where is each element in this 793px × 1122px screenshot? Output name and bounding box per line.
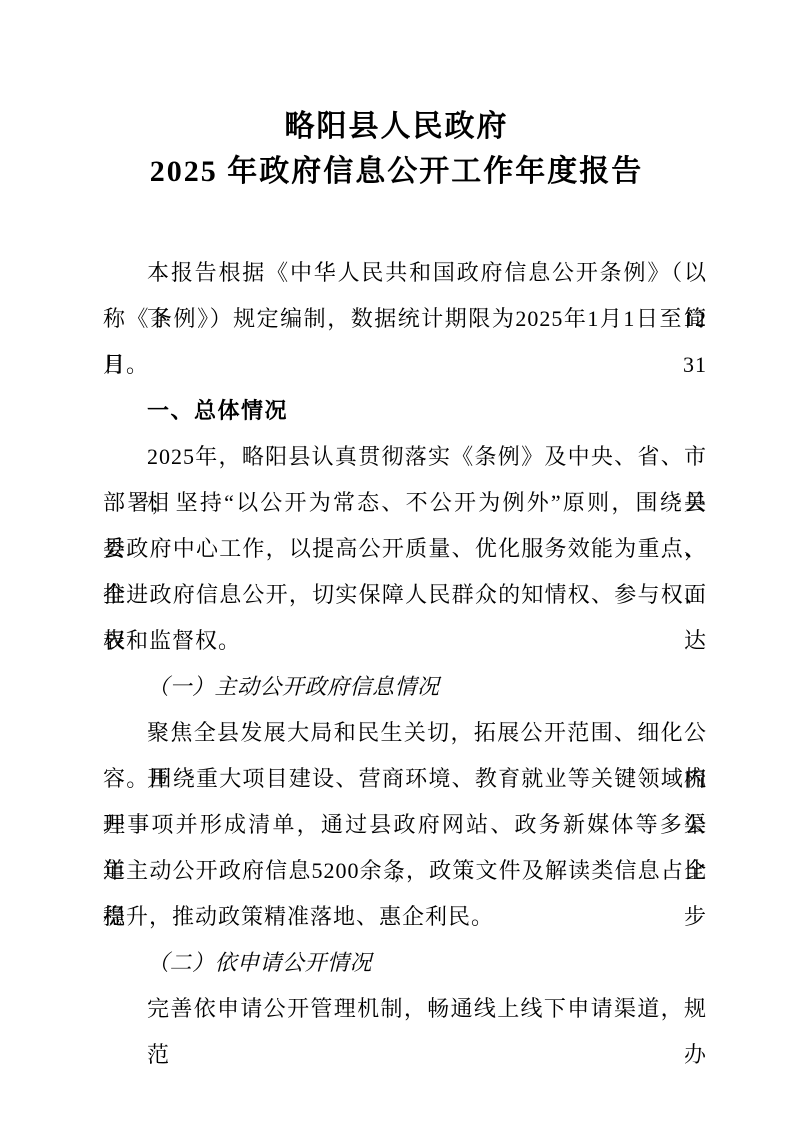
- paragraph-1-line-2: 称《条例》）规定编制，数据统计期限为2025年1月1日至12月31: [103, 296, 707, 342]
- paragraph-4-line-1: 完善依申请公开管理机制，畅通线上线下申请渠道，规范办: [103, 986, 707, 1032]
- subsection-heading-2: （二）依申请公开情况: [103, 940, 707, 986]
- document-page: 略阳县人民政府 2025 年政府信息公开工作年度报告 本报告根据《中华人民共和国…: [0, 0, 793, 1122]
- document-body: 本报告根据《中华人民共和国政府信息公开条例》（以下简 称《条例》）规定编制，数据…: [103, 250, 707, 1032]
- paragraph-2-line-2: 部署，坚持“以公开为常态、不公开为例外”原则，围绕县委、: [103, 480, 707, 526]
- paragraph-3-line-2: 容。围绕重大项目建设、营商环境、教育就业等关键领域梳理公: [103, 756, 707, 802]
- document-title: 略阳县人民政府 2025 年政府信息公开工作年度报告: [0, 104, 793, 194]
- subsection-heading-1: （一）主动公开政府信息情况: [103, 664, 707, 710]
- section-heading-1: 一、总体情况: [103, 388, 707, 434]
- paragraph-2-line-1: 2025年，略阳县认真贯彻落实《条例》及中央、省、市相关: [103, 434, 707, 480]
- paragraph-3-line-1: 聚焦全县发展大局和民生关切，拓展公开范围、细化公开内: [103, 710, 707, 756]
- paragraph-3-line-3: 开事项并形成清单，通过县政府网站、政务新媒体等多渠道，全: [103, 802, 707, 848]
- paragraph-2-line-4: 推进政府信息公开，切实保障人民群众的知情权、参与权、表达: [103, 572, 707, 618]
- paragraph-1-line-1: 本报告根据《中华人民共和国政府信息公开条例》（以下简: [103, 250, 707, 296]
- paragraph-3-line-4: 年主动公开政府信息5200余条，政策文件及解读类信息占比稳步: [103, 848, 707, 894]
- title-line-1: 略阳县人民政府: [0, 104, 793, 149]
- title-line-2: 2025 年政府信息公开工作年度报告: [0, 149, 793, 194]
- paragraph-2-line-3: 县政府中心工作，以提高公开质量、优化服务效能为重点，全面: [103, 526, 707, 572]
